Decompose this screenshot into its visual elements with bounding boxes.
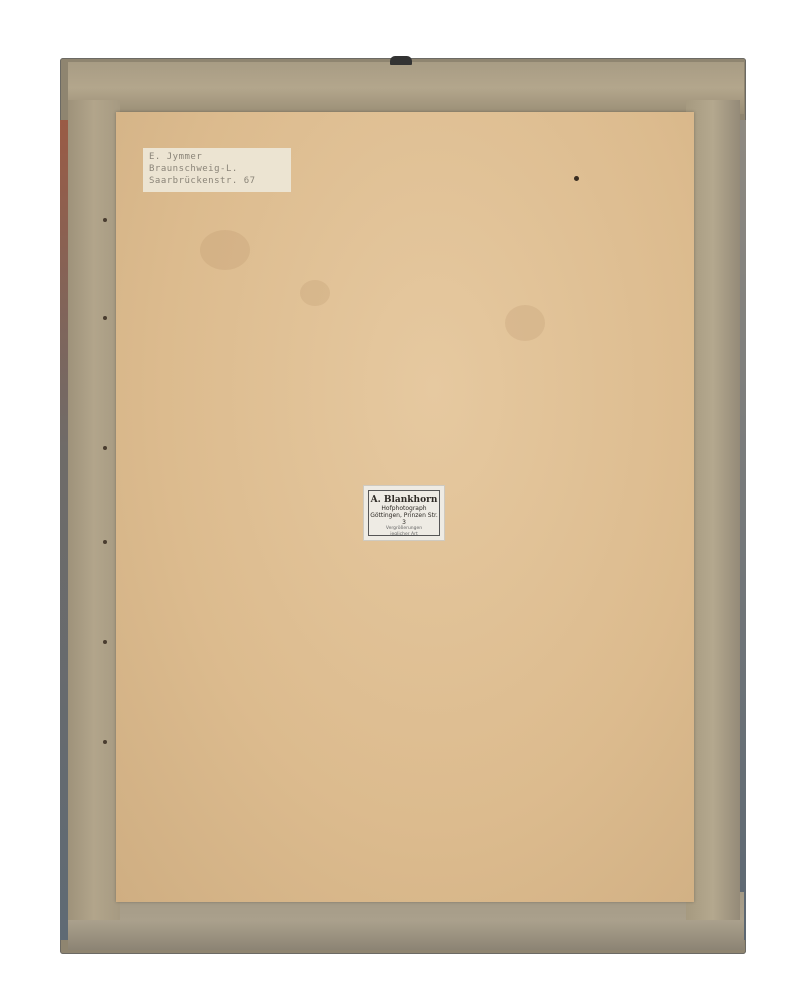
tape-right [686,100,740,920]
label-border: A. Blankhorn Hofphotograph Göttingen, Pr… [368,490,440,536]
owner-address-label: E. Jymmer Braunschweig-L. Saarbrückenstr… [143,148,291,192]
owner-line-2: Braunschweig-L. [149,163,285,175]
tape-top [68,62,744,114]
studio-note-2: jeglicher Art [369,532,439,538]
tape-left [68,100,120,920]
photographer-studio-label: A. Blankhorn Hofphotograph Göttingen, Pr… [363,485,445,541]
studio-name: A. Blankhorn [369,495,439,505]
hanging-hook [390,56,412,65]
stain [300,280,330,306]
frame-edge-left [60,120,68,940]
owner-line-1: E. Jymmer [149,151,285,163]
stain [505,305,545,341]
nail [103,446,107,450]
nail [103,316,107,320]
stain [200,230,250,270]
nail [103,640,107,644]
studio-title: Hofphotograph [369,505,439,512]
nail [103,218,107,222]
nail [103,540,107,544]
nail [103,740,107,744]
hole [574,176,579,181]
owner-line-3: Saarbrückenstr. 67 [149,175,285,187]
studio-address: Göttingen, Prinzen Str. 3 [369,512,439,526]
